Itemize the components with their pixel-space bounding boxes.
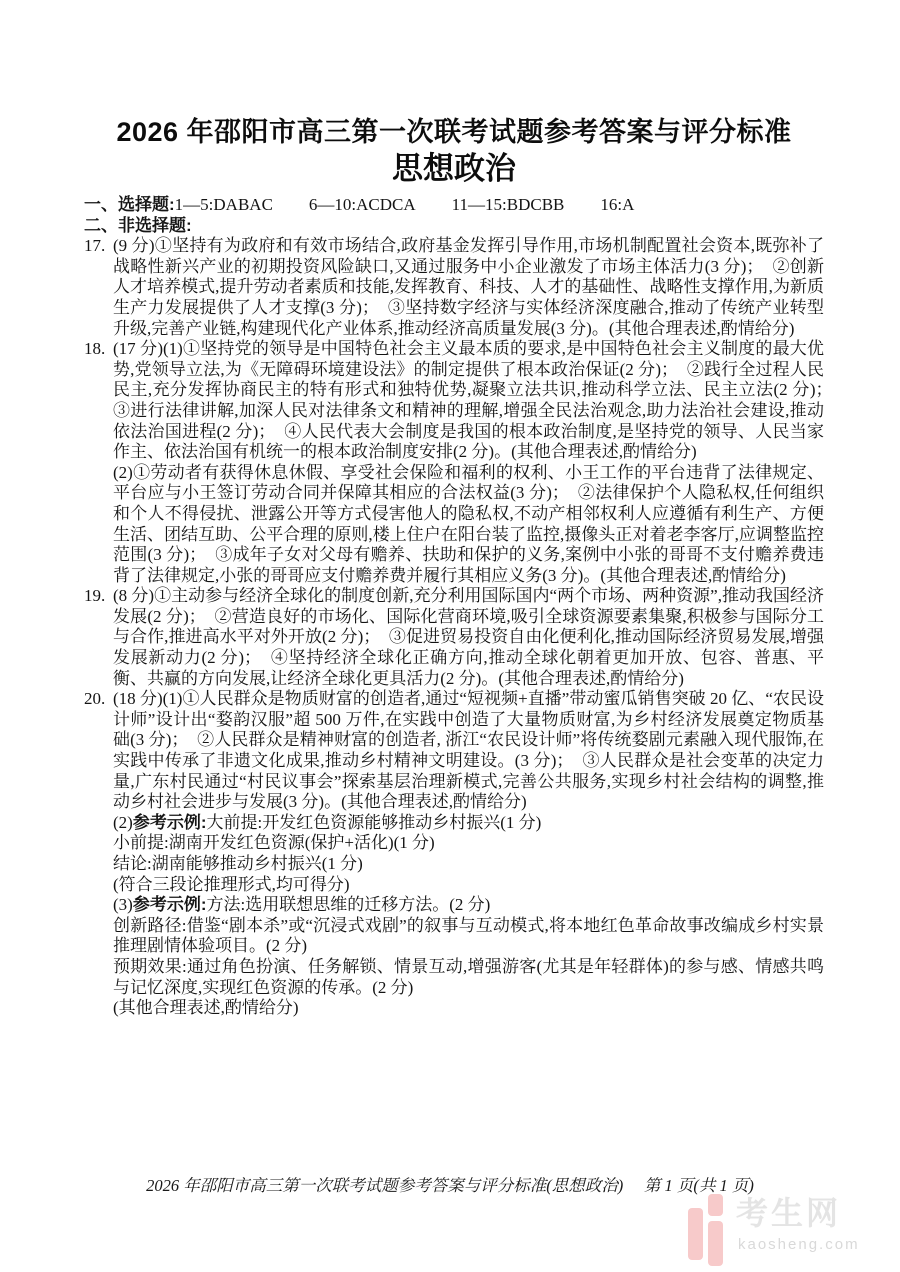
answer-paragraph: (17 分)(1)①坚持党的领导是中国特色社会主义最本质的要求,是中国特色社会主…	[113, 339, 824, 463]
answer-text: (8 分)①主动参与经济全球化的制度创新,充分利用国际国内“两个市场、两种资源”…	[113, 586, 824, 687]
answer-paragraph: 结论:湖南能够推动乡村振兴(1 分)	[113, 854, 824, 875]
non-choice-section-label: 二、非选择题:	[84, 216, 824, 237]
answer-group: 1—5:DABAC	[175, 195, 273, 214]
answer-paragraph: (其他合理表述,酌情给分)	[113, 998, 824, 1019]
question-block: 18.(17 分)(1)①坚持党的领导是中国特色社会主义最本质的要求,是中国特色…	[84, 339, 824, 586]
exam-answer-sheet: 2026 年邵阳市高三第一次联考试题参考答案与评分标准 思想政治 一、选择题:1…	[0, 0, 900, 1019]
answer-text: (2)①劳动者有获得休息休假、享受社会保险和福利的权利、小王工作的平台违背了法律…	[113, 463, 824, 585]
answer-paragraph: (2)参考示例:大前提:开发红色资源能够推动乡村振兴(1 分)	[113, 813, 824, 834]
question-block: 19.(8 分)①主动参与经济全球化的制度创新,充分利用国际国内“两个市场、两种…	[84, 586, 824, 689]
question-number: 19.	[84, 586, 105, 607]
answer-text: 方法:选用联想思维的迁移方法。(2 分)	[207, 895, 491, 914]
kaosheng-logo-icon	[688, 1194, 728, 1264]
answer-paragraph: (18 分)(1)①人民群众是物质财富的创造者,通过“短视频+直播”带动蜜瓜销售…	[113, 689, 824, 813]
answer-text: 预期效果:通过角色扮演、任务解锁、情景互动,增强游客(尤其是年轻群体)的参与感、…	[113, 957, 824, 997]
answer-paragraph: (符合三段论推理形式,均可得分)	[113, 875, 824, 896]
question-block: 17.(9 分)①坚持有为政府和有效市场结合,政府基金发挥引导作用,市场机制配置…	[84, 236, 824, 339]
question-number: 20.	[84, 689, 105, 710]
choice-answers: 1—5:DABAC6—10:ACDCA11—15:BDCBB16:A	[175, 195, 635, 214]
answer-text: (3)	[113, 895, 133, 914]
answer-text: (其他合理表述,酌情给分)	[113, 998, 299, 1017]
watermark-site-name: 考生网	[736, 1196, 841, 1230]
questions: 17.(9 分)①坚持有为政府和有效市场结合,政府基金发挥引导作用,市场机制配置…	[84, 236, 824, 1019]
answer-paragraph: 预期效果:通过角色扮演、任务解锁、情景互动,增强游客(尤其是年轻群体)的参与感、…	[113, 957, 824, 998]
answer-emphasis-text: 参考示例:	[133, 813, 207, 832]
question-number: 18.	[84, 339, 105, 360]
multiple-choice-answers-line: 一、选择题:1—5:DABAC6—10:ACDCA11—15:BDCBB16:A	[84, 195, 824, 216]
answer-text: (符合三段论推理形式,均可得分)	[113, 875, 350, 894]
answer-text: (9 分)①坚持有为政府和有效市场结合,政府基金发挥引导作用,市场机制配置社会资…	[113, 236, 824, 337]
answer-group: 11—15:BDCBB	[452, 195, 565, 214]
answer-paragraph: (2)①劳动者有获得休息休假、享受社会保险和福利的权利、小王工作的平台违背了法律…	[113, 463, 824, 587]
answer-text: (18 分)(1)①人民群众是物质财富的创造者,通过“短视频+直播”带动蜜瓜销售…	[113, 689, 824, 811]
answer-group: 16:A	[600, 195, 634, 214]
document-page: { "header": { "title": "2026 年邵阳市高三第一次联考…	[0, 0, 900, 1272]
section2-label-text: 二、非选择题:	[84, 216, 192, 235]
page-title: 2026 年邵阳市高三第一次联考试题参考答案与评分标准	[84, 116, 824, 148]
answer-text: 小前提:湖南开发红色资源(保护+活化)(1 分)	[113, 833, 435, 852]
answer-paragraph: (3)参考示例:方法:选用联想思维的迁移方法。(2 分)	[113, 895, 824, 916]
answer-text: 大前提:开发红色资源能够推动乡村振兴(1 分)	[207, 813, 542, 832]
watermark: 考生网 kaosheng.com	[688, 1192, 884, 1266]
answer-paragraph: 创新路径:借鉴“剧本杀”或“沉浸式戏剧”的叙事与互动模式,将本地红色革命故事改编…	[113, 916, 824, 957]
choice-section-label: 一、选择题:	[84, 195, 175, 214]
answer-text: 结论:湖南能够推动乡村振兴(1 分)	[113, 854, 363, 873]
document-body: 一、选择题:1—5:DABAC6—10:ACDCA11—15:BDCBB16:A…	[84, 195, 824, 1019]
answer-paragraph: (9 分)①坚持有为政府和有效市场结合,政府基金发挥引导作用,市场机制配置社会资…	[113, 236, 824, 339]
answer-emphasis-text: 参考示例:	[133, 895, 207, 914]
question-number: 17.	[84, 236, 105, 257]
question-block: 20.(18 分)(1)①人民群众是物质财富的创造者,通过“短视频+直播”带动蜜…	[84, 689, 824, 1019]
subject-title: 思想政治	[84, 151, 824, 187]
answer-paragraph: (8 分)①主动参与经济全球化的制度创新,充分利用国际国内“两个市场、两种资源”…	[113, 586, 824, 689]
watermark-site-domain: kaosheng.com	[738, 1236, 860, 1253]
answer-text: (2)	[113, 813, 133, 832]
answer-group: 6—10:ACDCA	[309, 195, 416, 214]
answer-text: 创新路径:借鉴“剧本杀”或“沉浸式戏剧”的叙事与互动模式,将本地红色革命故事改编…	[113, 916, 824, 956]
answer-text: (17 分)(1)①坚持党的领导是中国特色社会主义最本质的要求,是中国特色社会主…	[113, 339, 841, 461]
answer-paragraph: 小前提:湖南开发红色资源(保护+活化)(1 分)	[113, 833, 824, 854]
